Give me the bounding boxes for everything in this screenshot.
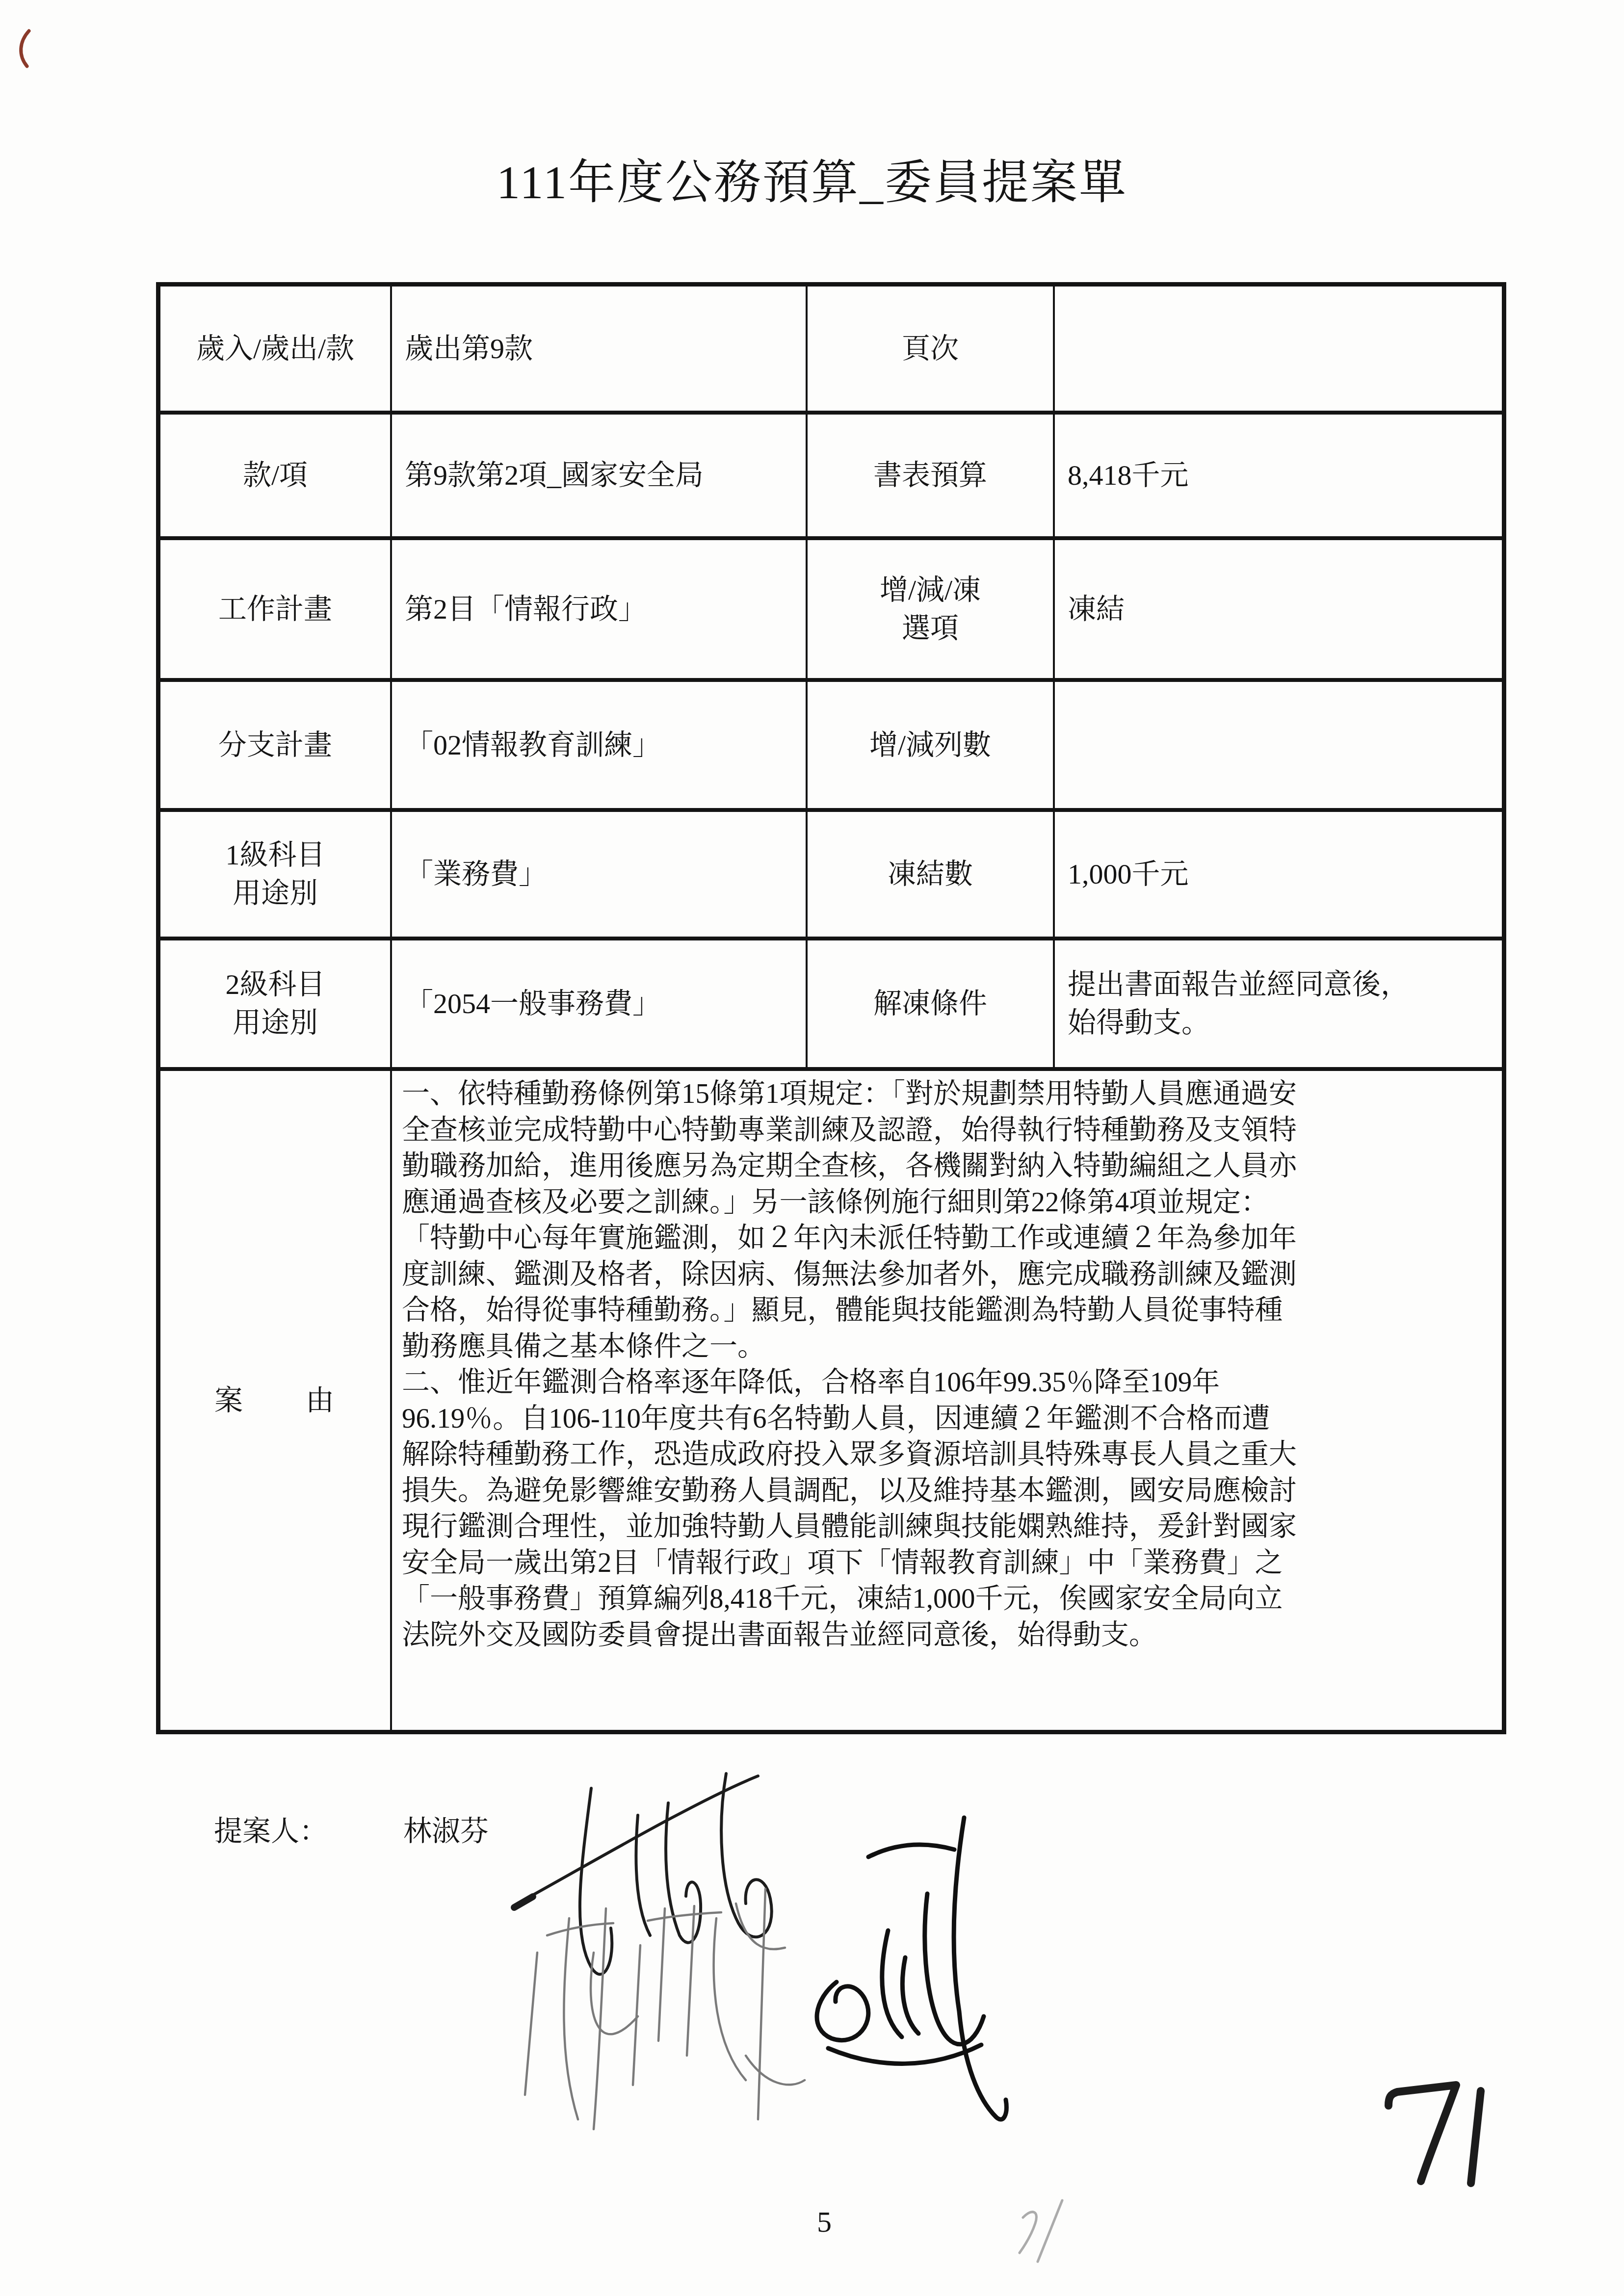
proposer-label: 提案人： (214, 1815, 328, 1847)
row1-label: 歲入/歲出/款 (160, 287, 390, 411)
signature-cursive-bold (817, 1818, 1006, 2119)
proposer-line: 提案人： 林淑芬 (214, 1808, 328, 1849)
row6-value2: 提出書面報告並經同意後， 始得動支。 (1055, 940, 1502, 1067)
row5-label2: 凍結數 (808, 812, 1053, 937)
proposal-form-table: 歲入/歲出/款 歲出第9款 頁次 款/項 第9款第2項_國家安全局 書表預算 8… (156, 282, 1506, 1734)
row6-label: 2級科目 用途別 (160, 940, 390, 1067)
row1-value: 歲出第9款 (392, 287, 806, 411)
row2-label: 款/項 (160, 415, 390, 536)
faint-pencil-mark (996, 2188, 1084, 2271)
scan-artifact-mark (12, 27, 42, 71)
row6-value: 「2054一般事務費」 (392, 940, 806, 1067)
case-reason-label: 案 由 (160, 1071, 390, 1730)
row4-label: 分支計畫 (160, 682, 390, 808)
row2-label2: 書表預算 (808, 415, 1053, 536)
row3-value: 第2目「情報行政」 (392, 540, 806, 678)
row5-value: 「業務費」 (392, 812, 806, 937)
row3-value2: 凍結 (1055, 540, 1502, 678)
row4-label2: 增/減列數 (808, 682, 1053, 808)
page-number: 5 (817, 2205, 832, 2239)
scanned-budget-proposal-page: { "page": { "title": "111年度公務預算_委員提案單", … (0, 0, 1624, 2296)
row5-value2: 1,000千元 (1055, 812, 1502, 937)
row1-value2 (1055, 287, 1502, 411)
row3-label2: 增/減/凍 選項 (808, 540, 1053, 678)
case-reason-text: 一、依特種勤務條例第15條第1項規定：「對於規劃禁用特勤人員應通過安 全查核並完… (392, 1071, 1502, 1730)
page-title: 111年度公務預算_委員提案單 (0, 145, 1624, 212)
row4-value2 (1055, 682, 1502, 808)
proposer-name: 林淑芬 (403, 1808, 489, 1849)
handwritten-number-71 (1374, 2061, 1501, 2188)
signature-lin-shu-fen (514, 1774, 772, 1974)
row2-value2: 8,418千元 (1055, 415, 1502, 536)
row6-label2: 解凍條件 (808, 940, 1053, 1067)
row4-value: 「02情報教育訓練」 (392, 682, 806, 808)
row3-label: 工作計畫 (160, 540, 390, 678)
row5-label: 1級科目 用途別 (160, 812, 390, 937)
row1-label2: 頁次 (808, 287, 1053, 411)
signature-liu-jian-guo (525, 1889, 805, 2129)
handwritten-signatures (491, 1742, 1251, 2159)
row2-value: 第9款第2項_國家安全局 (392, 415, 806, 536)
